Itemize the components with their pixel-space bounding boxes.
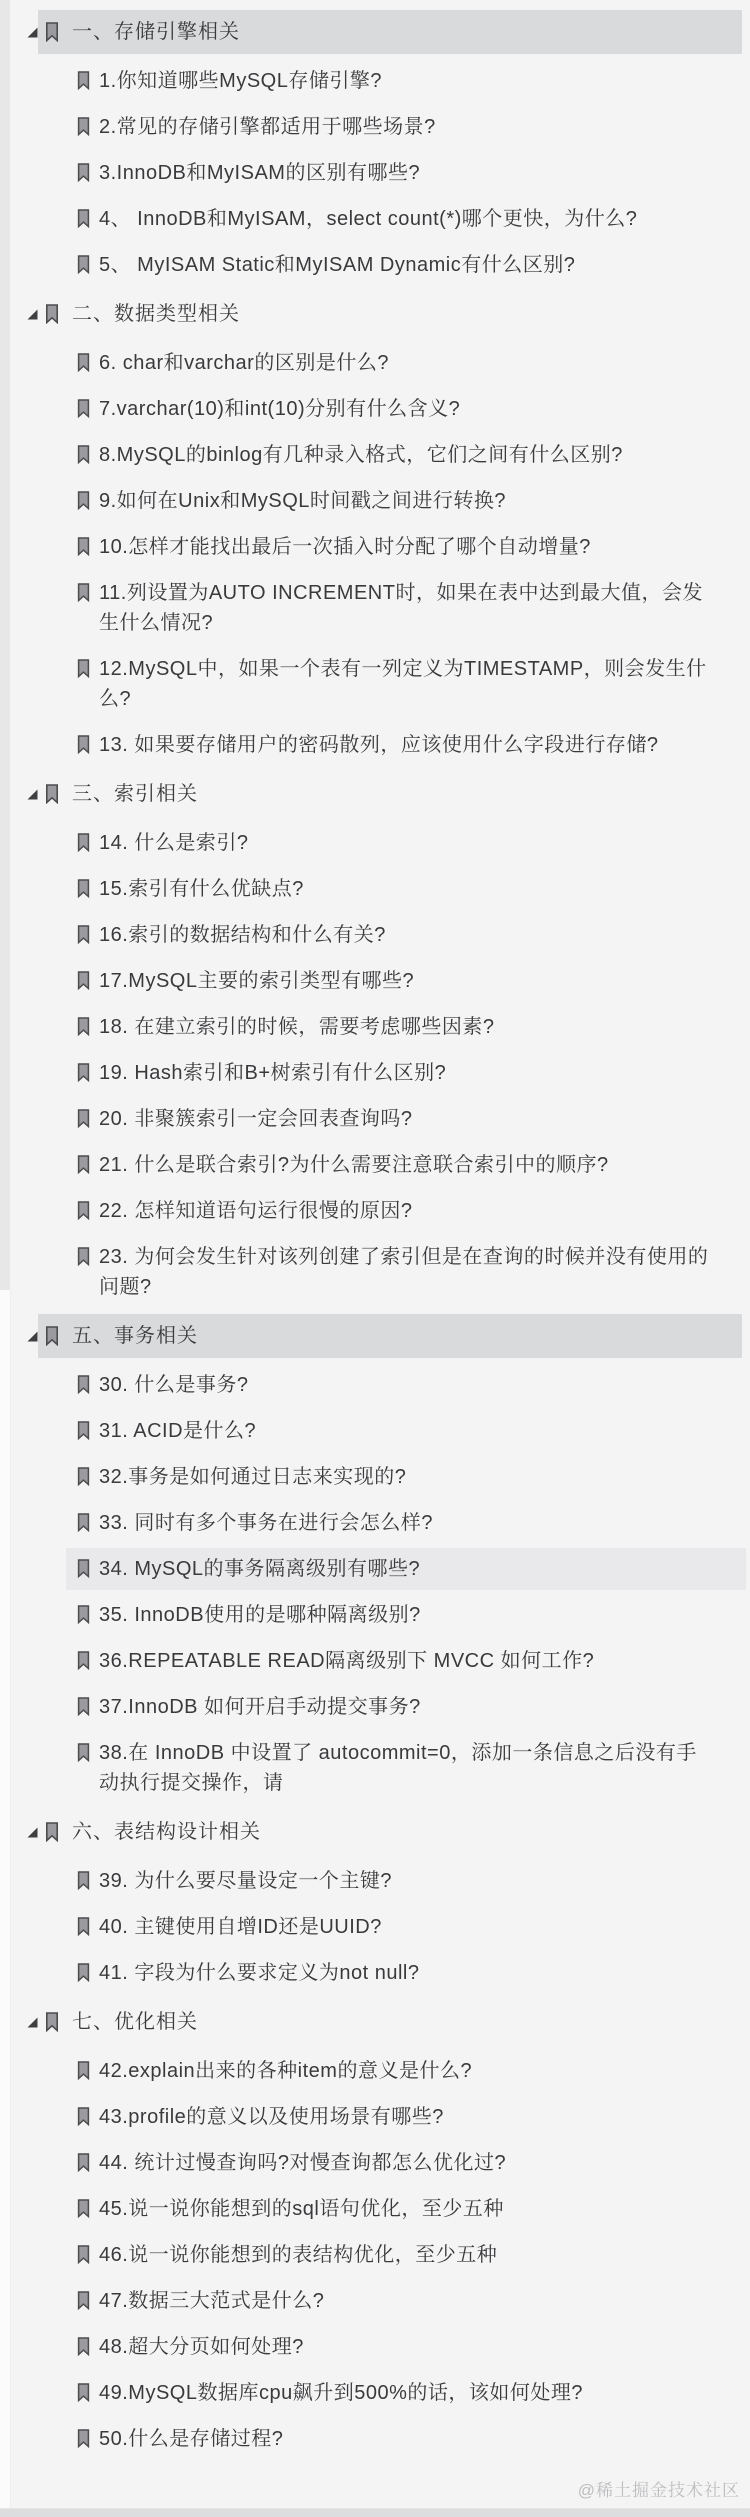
bookmark-icon [77,491,90,510]
bookmark-item-row[interactable]: 17.MySQL主要的索引类型有哪些? [0,958,750,1004]
bookmark-item-label: 41. 字段为什么要求定义为not null? [99,1958,419,1988]
bookmark-item-label: 7.varchar(10)和int(10)分别有什么含义? [99,394,460,424]
bookmark-item-label: 50.什么是存储过程? [99,2424,283,2454]
expand-triangle-icon[interactable] [26,1330,38,1342]
bookmark-item-row[interactable]: 44. 统计过慢查询吗?对慢查询都怎么优化过? [0,2140,750,2186]
bookmark-icon [77,71,90,90]
bookmark-item-label: 9.如何在Unix和MySQL时间戳之间进行转换? [99,486,506,516]
bookmark-icon [77,2291,90,2310]
bookmark-icon [77,209,90,228]
bookmark-icon [77,1743,90,1762]
bookmark-item-label: 11.列设置为AUTO INCREMENT时，如果在表中达到最大值，会发生什么情… [99,578,710,638]
bookmark-item-label: 23. 为何会发生针对该列创建了索引但是在查询的时候并没有使用的问题? [99,1242,710,1302]
bookmark-item-label: 35. InnoDB使用的是哪种隔离级别? [99,1600,421,1630]
bookmark-icon [77,399,90,418]
bookmark-icon [77,659,90,678]
bookmark-item-row[interactable]: 21. 什么是联合索引?为什么需要注意联合索引中的顺序? [0,1142,750,1188]
bookmark-item-row[interactable]: 9.如何在Unix和MySQL时间戳之间进行转换? [0,478,750,524]
bookmark-item-label: 13. 如果要存储用户的密码散列，应该使用什么字段进行存储? [99,730,658,760]
bookmark-icon [77,1917,90,1936]
bookmark-item-label: 40. 主键使用自增ID还是UUID? [99,1912,382,1942]
bookmark-item-row[interactable]: 10.怎样才能找出最后一次插入时分配了哪个自动增量? [0,524,750,570]
bookmark-section-row[interactable]: 一、存储引擎相关 [0,6,750,58]
bookmark-item-label: 38.在 InnoDB 中设置了 autocommit=0，添加一条信息之后没有… [99,1738,710,1798]
bookmark-item-row[interactable]: 7.varchar(10)和int(10)分别有什么含义? [0,386,750,432]
bookmark-section-label: 六、表结构设计相关 [72,1817,261,1847]
bookmark-icon [77,735,90,754]
bookmark-item-label: 46.说一说你能想到的表结构优化，至少五种 [99,2240,497,2270]
bookmark-item-label: 49.MySQL数据库cpu飙升到500%的话，该如何处理? [99,2378,583,2408]
bookmark-section-row[interactable]: 五、事务相关 [0,1310,750,1362]
expand-triangle-icon[interactable] [26,26,38,38]
bookmark-item-label: 31. ACID是什么? [99,1416,256,1446]
bookmark-item-label: 6. char和varchar的区别是什么? [99,348,389,378]
bookmark-item-row[interactable]: 40. 主键使用自增ID还是UUID? [0,1904,750,1950]
bookmark-item-row[interactable]: 34. MySQL的事务隔离级别有哪些? [0,1546,750,1592]
bookmark-item-label: 16.索引的数据结构和什么有关? [99,920,386,950]
bookmark-item-row[interactable]: 4、 InnoDB和MyISAM，select count(*)哪个更快，为什么… [0,196,750,242]
bookmark-item-row[interactable]: 20. 非聚簇索引一定会回表查询吗? [0,1096,750,1142]
bookmark-item-row[interactable]: 14. 什么是索引? [0,820,750,866]
bookmark-icon [77,2199,90,2218]
bookmark-section-label: 二、数据类型相关 [72,299,240,329]
bookmark-item-label: 20. 非聚簇索引一定会回表查询吗? [99,1104,412,1134]
bookmarks-outline: 一、存储引擎相关 1.你知道哪些MySQL存储引擎? 2.常见的存储引擎都适用于… [0,0,750,2462]
bookmark-item-row[interactable]: 41. 字段为什么要求定义为not null? [0,1950,750,1996]
bookmark-item-row[interactable]: 16.索引的数据结构和什么有关? [0,912,750,958]
bookmark-icon [77,2245,90,2264]
bookmark-item-label: 3.InnoDB和MyISAM的区别有哪些? [99,158,420,188]
bookmark-item-row[interactable]: 37.InnoDB 如何开启手动提交事务? [0,1684,750,1730]
bookmark-icon [77,537,90,556]
bookmark-item-row[interactable]: 50.什么是存储过程? [0,2416,750,2462]
bookmark-section-row[interactable]: 三、索引相关 [0,768,750,820]
bookmark-icon [77,1063,90,1082]
bookmark-item-row[interactable]: 18. 在建立索引的时候，需要考虑哪些因素? [0,1004,750,1050]
bookmark-item-row[interactable]: 38.在 InnoDB 中设置了 autocommit=0，添加一条信息之后没有… [0,1730,750,1806]
bookmark-icon [77,445,90,464]
bookmark-item-row[interactable]: 13. 如果要存储用户的密码散列，应该使用什么字段进行存储? [0,722,750,768]
bookmark-item-row[interactable]: 3.InnoDB和MyISAM的区别有哪些? [0,150,750,196]
bookmark-icon [45,1326,59,1346]
bookmark-item-label: 43.profile的意义以及使用场景有哪些? [99,2102,444,2132]
expand-triangle-icon[interactable] [26,1826,38,1838]
bookmark-icon [77,2383,90,2402]
bookmark-item-row[interactable]: 11.列设置为AUTO INCREMENT时，如果在表中达到最大值，会发生什么情… [0,570,750,646]
bookmark-item-row[interactable]: 12.MySQL中，如果一个表有一列定义为TIMESTAMP，则会发生什么? [0,646,750,722]
bookmark-icon [45,2012,59,2032]
bookmark-item-label: 15.索引有什么优缺点? [99,874,304,904]
bookmark-item-label: 21. 什么是联合索引?为什么需要注意联合索引中的顺序? [99,1150,609,1180]
bookmark-item-label: 8.MySQL的binlog有几种录入格式，它们之间有什么区别? [99,440,623,470]
bookmark-item-label: 1.你知道哪些MySQL存储引擎? [99,66,382,96]
bookmark-item-label: 30. 什么是事务? [99,1370,248,1400]
bookmark-item-row[interactable]: 15.索引有什么优缺点? [0,866,750,912]
bookmark-item-row[interactable]: 2.常见的存储引擎都适用于哪些场景? [0,104,750,150]
bookmark-icon [77,353,90,372]
bookmark-item-label: 22. 怎样知道语句运行很慢的原因? [99,1196,412,1226]
bookmark-item-row[interactable]: 46.说一说你能想到的表结构优化，至少五种 [0,2232,750,2278]
bookmark-icon [45,784,59,804]
bookmark-icon [77,1421,90,1440]
bookmark-item-label: 42.explain出来的各种item的意义是什么? [99,2056,472,2086]
bottom-edge-strip [0,2508,750,2517]
bookmark-item-row[interactable]: 22. 怎样知道语句运行很慢的原因? [0,1188,750,1234]
bookmark-section-row[interactable]: 二、数据类型相关 [0,288,750,340]
bookmark-item-label: 2.常见的存储引擎都适用于哪些场景? [99,112,436,142]
bookmark-icon [77,1651,90,1670]
bookmark-item-row[interactable]: 45.说一说你能想到的sql语句优化，至少五种 [0,2186,750,2232]
bookmark-item-label: 18. 在建立索引的时候，需要考虑哪些因素? [99,1012,494,1042]
bookmark-section-label: 三、索引相关 [72,779,198,809]
bookmark-item-row[interactable]: 8.MySQL的binlog有几种录入格式，它们之间有什么区别? [0,432,750,478]
bookmark-section-row[interactable]: 七、优化相关 [0,1996,750,2048]
bookmark-item-row[interactable]: 36.REPEATABLE READ隔离级别下 MVCC 如何工作? [0,1638,750,1684]
bookmark-icon [77,1247,90,1266]
bookmark-item-row[interactable]: 35. InnoDB使用的是哪种隔离级别? [0,1592,750,1638]
bookmark-item-label: 39. 为什么要尽量设定一个主键? [99,1866,392,1896]
bookmark-item-label: 47.数据三大范式是什么? [99,2286,324,2316]
bookmark-section-label: 一、存储引擎相关 [72,17,240,47]
bookmark-icon [77,583,90,602]
bookmark-icon [77,2153,90,2172]
bookmark-item-row[interactable]: 1.你知道哪些MySQL存储引擎? [0,58,750,104]
bookmark-icon [77,1017,90,1036]
bookmark-item-row[interactable]: 33. 同时有多个事务在进行会怎么样? [0,1500,750,1546]
bookmark-icon [77,2107,90,2126]
bookmark-item-label: 34. MySQL的事务隔离级别有哪些? [99,1554,420,1584]
bookmark-item-label: 5、 MyISAM Static和MyISAM Dynamic有什么区别? [99,250,575,280]
bookmark-icon [77,833,90,852]
bookmark-icon [77,1871,90,1890]
bookmark-item-row[interactable]: 47.数据三大范式是什么? [0,2278,750,2324]
bookmark-icon [77,117,90,136]
bookmark-icon [77,1605,90,1624]
bookmark-item-label: 44. 统计过慢查询吗?对慢查询都怎么优化过? [99,2148,506,2178]
bookmark-icon [77,1697,90,1716]
bookmark-item-label: 17.MySQL主要的索引类型有哪些? [99,966,414,996]
bookmark-item-label: 36.REPEATABLE READ隔离级别下 MVCC 如何工作? [99,1646,594,1676]
bookmark-icon [77,1963,90,1982]
bookmark-icon [77,2337,90,2356]
bookmark-item-label: 48.超大分页如何处理? [99,2332,304,2362]
bookmark-section-label: 五、事务相关 [72,1321,198,1351]
bookmark-item-row[interactable]: 6. char和varchar的区别是什么? [0,340,750,386]
bookmark-item-row[interactable]: 19. Hash索引和B+树索引有什么区别? [0,1050,750,1096]
expand-triangle-icon[interactable] [26,308,38,320]
bookmark-item-row[interactable]: 23. 为何会发生针对该列创建了索引但是在查询的时候并没有使用的问题? [0,1234,750,1310]
bookmark-item-row[interactable]: 48.超大分页如何处理? [0,2324,750,2370]
bookmark-icon [77,2061,90,2080]
bookmark-icon [77,163,90,182]
expand-triangle-icon[interactable] [26,2016,38,2028]
bookmark-icon [77,1375,90,1394]
bookmark-item-label: 33. 同时有多个事务在进行会怎么样? [99,1508,433,1538]
bookmark-item-row[interactable]: 39. 为什么要尽量设定一个主键? [0,1858,750,1904]
bookmark-icon [77,1201,90,1220]
bookmark-item-row[interactable]: 5、 MyISAM Static和MyISAM Dynamic有什么区别? [0,242,750,288]
bookmark-item-row[interactable]: 32.事务是如何通过日志来实现的? [0,1454,750,1500]
bookmark-item-label: 4、 InnoDB和MyISAM，select count(*)哪个更快，为什么… [99,204,637,234]
bookmark-item-label: 12.MySQL中，如果一个表有一列定义为TIMESTAMP，则会发生什么? [99,654,710,714]
bookmark-item-row[interactable]: 43.profile的意义以及使用场景有哪些? [0,2094,750,2140]
bookmark-item-label: 19. Hash索引和B+树索引有什么区别? [99,1058,446,1088]
bookmark-item-label: 45.说一说你能想到的sql语句优化，至少五种 [99,2194,504,2224]
bookmark-icon [77,925,90,944]
bookmark-icon [77,255,90,274]
bookmark-item-label: 10.怎样才能找出最后一次插入时分配了哪个自动增量? [99,532,591,562]
bookmark-icon [77,879,90,898]
expand-triangle-icon[interactable] [26,788,38,800]
bookmark-item-row[interactable]: 31. ACID是什么? [0,1408,750,1454]
bookmark-item-row[interactable]: 49.MySQL数据库cpu飙升到500%的话，该如何处理? [0,2370,750,2416]
bookmark-icon [77,1467,90,1486]
bookmark-item-row[interactable]: 42.explain出来的各种item的意义是什么? [0,2048,750,2094]
bookmark-section-label: 七、优化相关 [72,2007,198,2037]
bookmark-icon [77,1155,90,1174]
bookmark-item-label: 32.事务是如何通过日志来实现的? [99,1462,406,1492]
bookmark-icon [77,1513,90,1532]
bookmark-section-row[interactable]: 六、表结构设计相关 [0,1806,750,1858]
bookmark-icon [45,1822,59,1842]
bookmark-icon [45,22,59,42]
bookmark-icon [45,304,59,324]
bookmark-icon [77,1559,90,1578]
bookmark-icon [77,1109,90,1128]
watermark: @稀土掘金技术社区 [578,2476,740,2501]
bookmark-icon [77,971,90,990]
bookmark-icon [77,2429,90,2448]
bookmark-item-label: 14. 什么是索引? [99,828,248,858]
bookmark-item-label: 37.InnoDB 如何开启手动提交事务? [99,1692,421,1722]
bookmark-item-row[interactable]: 30. 什么是事务? [0,1362,750,1408]
